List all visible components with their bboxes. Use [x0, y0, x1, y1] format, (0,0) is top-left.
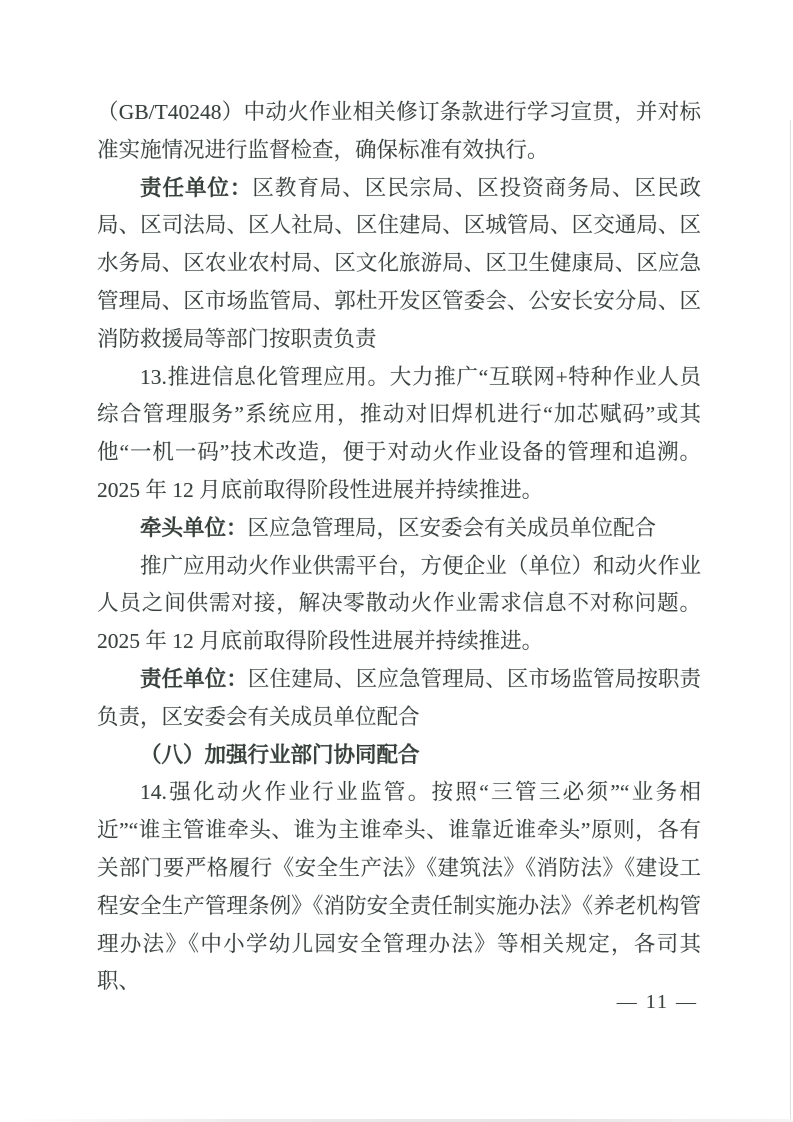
paragraph-text: 推广应用动火作业供需平台，方便企业（单位）和动火作业人员之间供需对接，解决零散动… — [97, 554, 701, 654]
para-lead-unit: 牵头单位：区应急管理局，区安委会有关成员单位配合 — [97, 510, 701, 548]
document-page: （GB/T40248）中动火作业相关修订条款进行学习宣贯，并对标准实施情况进行监… — [0, 0, 793, 1122]
heading-section-eight: （八）加强行业部门协同配合 — [97, 737, 701, 775]
paragraph-text: （GB/T40248）中动火作业相关修订条款进行学习宣贯，并对标准实施情况进行监… — [97, 100, 701, 162]
para-responsible-units-2: 责任单位：区住建局、区应急管理局、区市场监管局按职责负责，区安委会有关成员单位配… — [97, 661, 701, 737]
scan-edge-artifact — [790, 120, 792, 1122]
document-body: （GB/T40248）中动火作业相关修订条款进行学习宣贯，并对标准实施情况进行监… — [97, 94, 701, 1001]
section-heading-text: （八）加强行业部门协同配合 — [140, 743, 420, 767]
page-number: — 11 — — [617, 988, 698, 1016]
paragraph-text: 区应急管理局，区安委会有关成员单位配合 — [248, 516, 657, 540]
para-item-13: 13.推进信息化管理应用。大力推广“互联网+特种作业人员综合管理服务”系统应用，… — [97, 359, 701, 510]
paragraph-text: 区教育局、区民宗局、区投资商务局、区民政局、区司法局、区人社局、区住建局、区城管… — [97, 176, 701, 351]
paragraph-text: 14.强化动火作业行业监管。按照“三管三必须”“业务相近”“谁主管谁牵头、谁为主… — [97, 780, 701, 993]
label-lead-unit: 牵头单位： — [140, 516, 248, 540]
para-item-14: 14.强化动火作业行业监管。按照“三管三必须”“业务相近”“谁主管谁牵头、谁为主… — [97, 774, 701, 1001]
para-supply-platform: 推广应用动火作业供需平台，方便企业（单位）和动火作业人员之间供需对接，解决零散动… — [97, 548, 701, 661]
paragraph-text: 13.推进信息化管理应用。大力推广“互联网+特种作业人员综合管理服务”系统应用，… — [97, 365, 701, 502]
label-responsible-unit: 责任单位： — [140, 176, 252, 200]
para-continuation: （GB/T40248）中动火作业相关修订条款进行学习宣贯，并对标准实施情况进行监… — [97, 94, 701, 170]
para-responsible-units-1: 责任单位：区教育局、区民宗局、区投资商务局、区民政局、区司法局、区人社局、区住建… — [97, 170, 701, 359]
label-responsible-unit: 责任单位： — [140, 667, 248, 691]
